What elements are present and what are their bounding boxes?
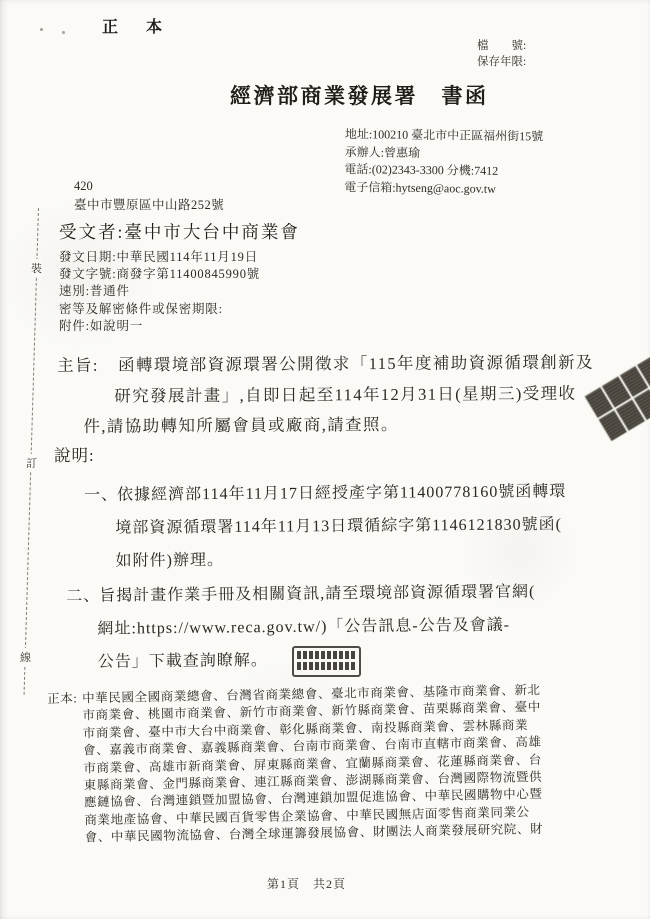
- copy-type-label: 正 本: [102, 14, 168, 37]
- subject-line: 件,請協助轉知所屬會員或廠商,請查照。: [57, 409, 602, 443]
- document-number: 發文字號:商發字第11400845990號: [59, 266, 260, 283]
- registration-seal-stamp: [292, 646, 361, 677]
- explanation-line: 境部資源循環署114年11月13日環循綜字第1146121830號函(: [84, 508, 619, 545]
- contact-phone: 電話:(02)2343-3300 分機:7412: [344, 161, 543, 181]
- subject-line: 研究發展計畫」,自即日起至114年12月31日(星期三)受理收: [57, 378, 602, 412]
- retention-period-label: 保存年限:: [477, 53, 526, 69]
- file-number-label: 檔 號:: [477, 37, 526, 53]
- binding-mark-zhuang: 裝: [31, 259, 42, 277]
- sender-contact-block: 地址:100210 臺北市中正區福州街15號 承辦人:曾惠瑜 電話:(02)23…: [344, 126, 543, 198]
- priority-level: 速別:普通件: [59, 283, 260, 300]
- explanation-line: 旨揭計畫作業手冊及相關資訊,請至環境部資源循環署官網(: [66, 575, 601, 613]
- addressee-line: 受文者:臺中市大台中商業會: [59, 219, 300, 244]
- issue-date: 發文日期:中華民國114年11月19日: [59, 249, 260, 266]
- recipient-zip-code: 420: [74, 179, 93, 194]
- subject-section: 主旨: 函轉環境部資源環署公開徵求「115年度補助資源循環創新及 研究發展計畫」…: [57, 348, 603, 443]
- explanation-line: 如附件)辦理。: [85, 541, 620, 578]
- explanation-item-1: 一、 依據經濟部114年11月17日經授產字第11400778160號函轉環 境…: [84, 475, 620, 578]
- binding-dashed-line: [24, 208, 39, 695]
- recipient-street-address: 臺中市豐原區中山路252號: [74, 195, 224, 213]
- explanation-line: 依據經濟部114年11月17日經授產字第11400778160號函轉環: [84, 475, 619, 512]
- explanation-label: 說明:: [54, 442, 95, 466]
- subject-label: 主旨:: [57, 351, 99, 382]
- binding-mark-xian: 線: [20, 648, 31, 666]
- copies-label: 正本:: [47, 690, 78, 708]
- attachment-note: 附件:如說明一: [59, 318, 260, 335]
- document-title: 經濟部商業發展署 書函: [230, 80, 489, 110]
- scanned-official-letter: 正 本 檔 號: 保存年限: 經濟部商業發展署 書函 地址:100210 臺北市…: [0, 0, 650, 919]
- security-classification: 密等及解密條件或保密期限:: [59, 301, 260, 318]
- scan-speck: [62, 31, 65, 34]
- document-meta-block: 發文日期:中華民國114年11月19日 發文字號:商發字第11400845990…: [59, 249, 260, 335]
- copies-recipient-list: 正本: 中華民國全國商業總會、台灣省商業總會、臺北市商業會、基隆市商業會、新北 …: [47, 681, 590, 848]
- item-number: 二、: [66, 580, 100, 613]
- page-number-footer: 第1頁 共2頁: [267, 875, 346, 892]
- contact-email: 電子信箱:hytseng@aoc.gov.tw: [344, 178, 543, 198]
- subject-line: 函轉環境部資源環署公開徵求「115年度補助資源循環創新及: [57, 348, 602, 382]
- binding-mark-ding: 訂: [26, 454, 37, 472]
- explanation-line: 網址:https://www.reca.gov.tw/)「公告訊息-公告及會議-: [66, 608, 601, 646]
- sender-address: 地址:100210 臺北市中正區福州街15號: [345, 126, 544, 146]
- scan-speck: [40, 28, 43, 31]
- item-number: 一、: [84, 479, 118, 512]
